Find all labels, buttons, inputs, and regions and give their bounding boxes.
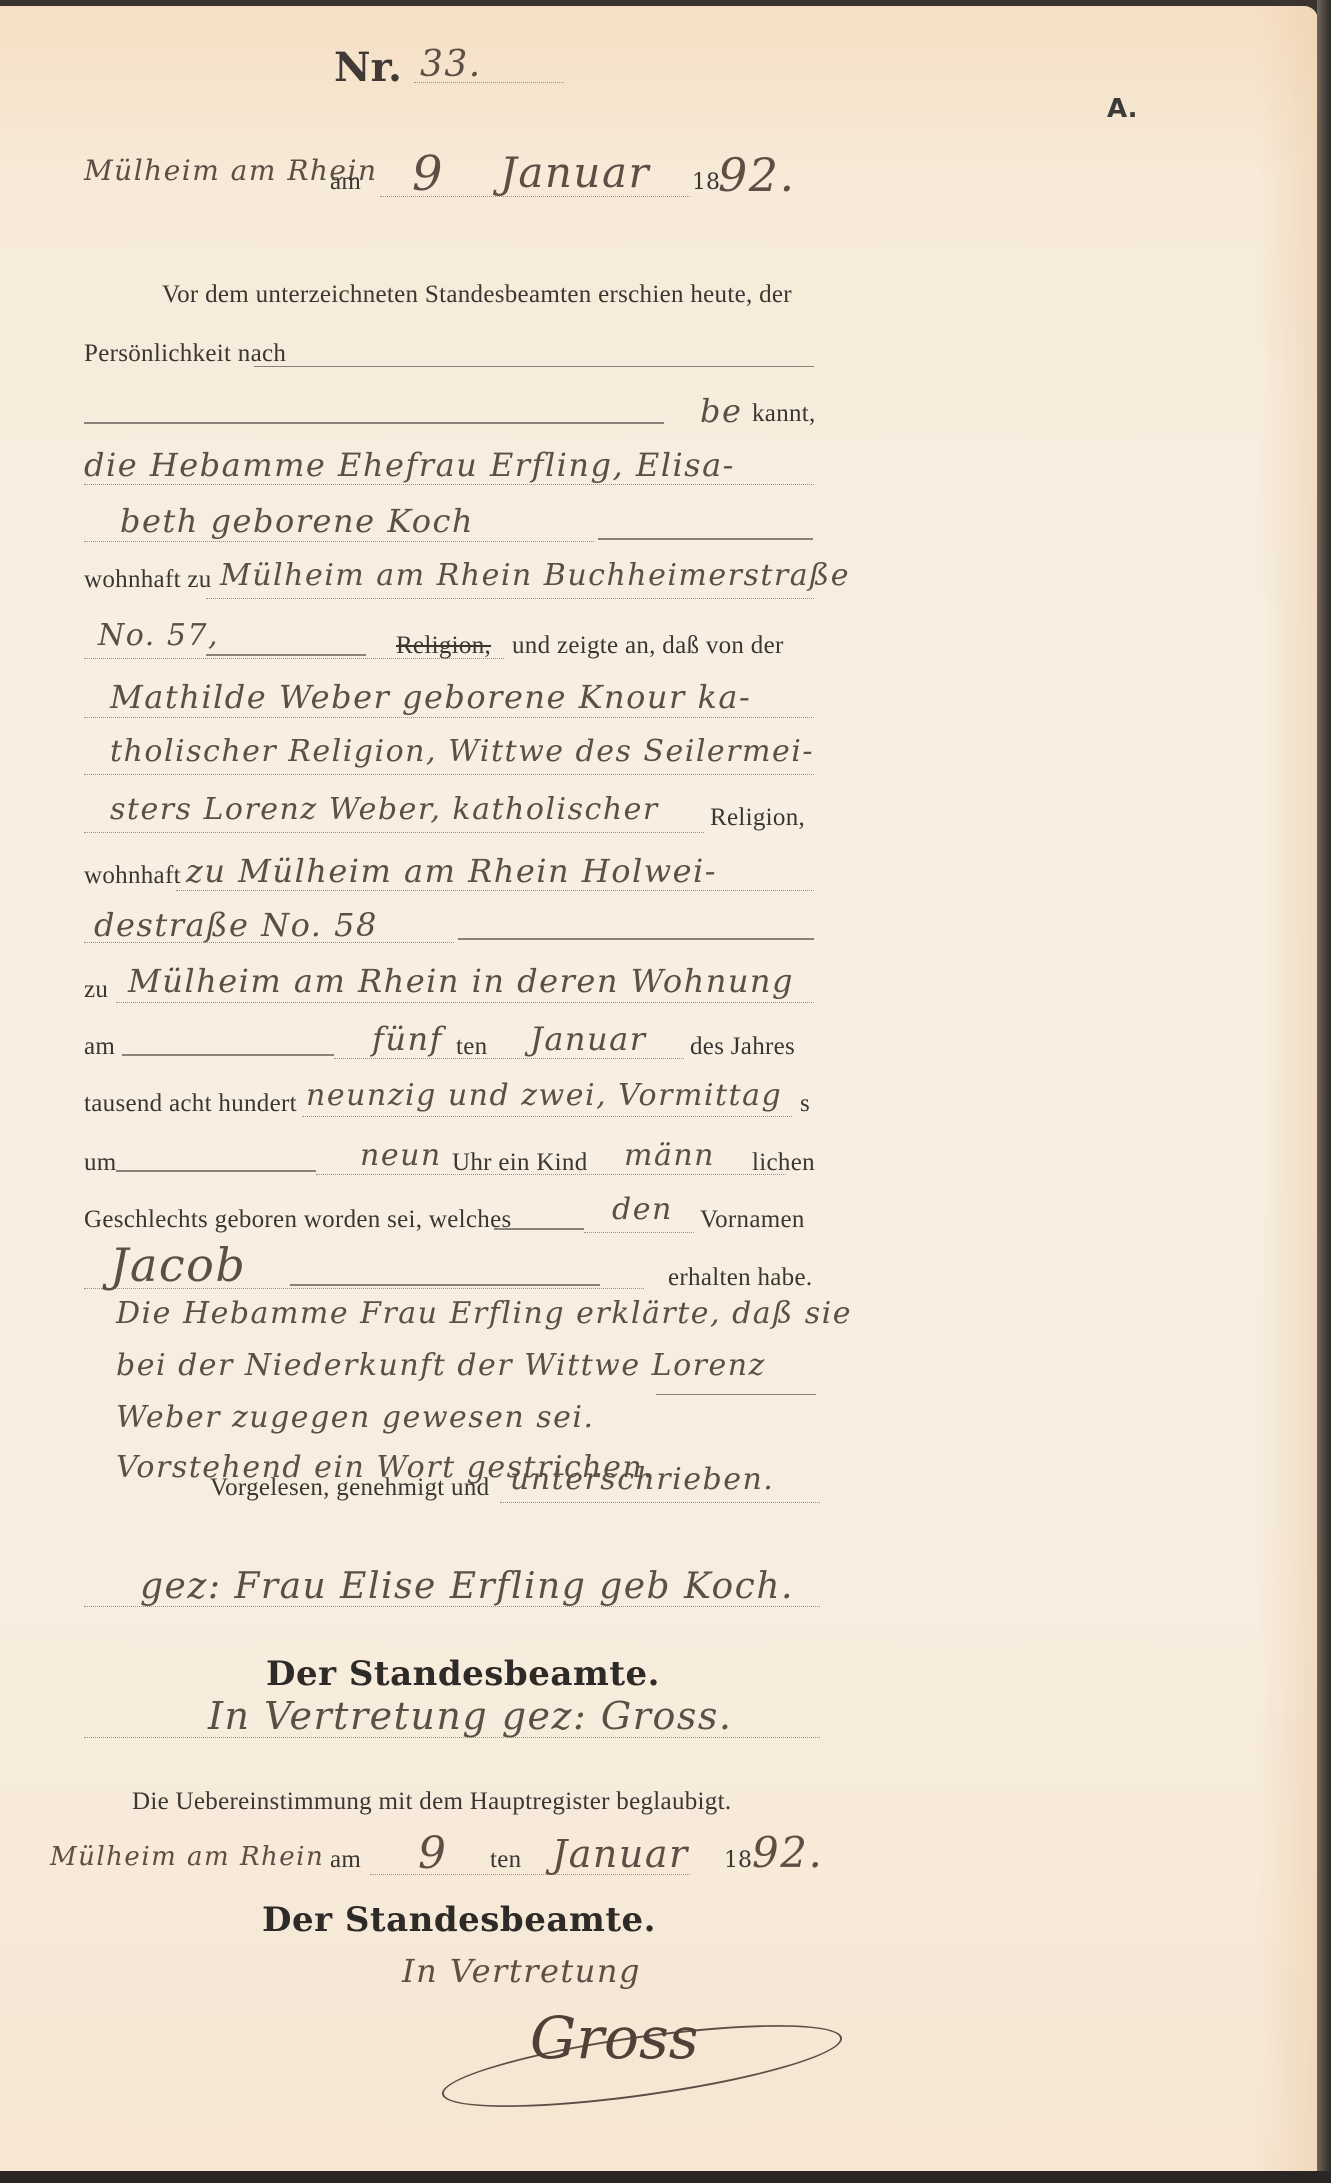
record-number-value: 33.: [420, 44, 482, 85]
dotted-line: [302, 1116, 792, 1117]
dotted-line: [584, 1232, 694, 1233]
uhr-kind-label: Uhr ein Kind: [452, 1149, 588, 1177]
dotted-line: [176, 890, 814, 891]
wohnhaft-label-2: wohnhaft: [84, 862, 181, 890]
s-label: s: [800, 1090, 810, 1118]
geschlechts-label: Geschlechts geboren worden sei, welches: [84, 1206, 512, 1234]
fill-line: [122, 1054, 334, 1056]
des-jahres-label: des Jahres: [690, 1033, 795, 1061]
cert-year-prefix: 18: [724, 1848, 752, 1873]
fill-line: [290, 1284, 600, 1286]
fill-line: [116, 1170, 316, 1172]
birth-day-handwritten: fünf: [372, 1020, 443, 1058]
note-line-3: Weber zugegen gewesen sei.: [116, 1400, 595, 1435]
day-handwritten: 9: [412, 146, 444, 202]
fill-line: [494, 1228, 584, 1230]
note-line-2: bei der Niederkunft der Wittwe Lorenz: [116, 1348, 766, 1383]
der-handwritten: den: [612, 1192, 673, 1227]
zeigte-an-label: und zeigte an, daß von der: [512, 632, 784, 660]
book-binding-edge: [1317, 0, 1331, 2183]
am-label-2: am: [84, 1033, 115, 1061]
religion-struck-label: Religion,: [396, 632, 491, 660]
ten-label: ten: [456, 1033, 487, 1061]
certification-line: Die Uebereinstimmung mit dem Hauptregist…: [132, 1788, 731, 1816]
fill-line: [458, 938, 814, 940]
record-number-label: Nr.: [334, 44, 402, 91]
intro-line: Vor dem unterzeichneten Standesbeamten e…: [162, 281, 792, 309]
religion-label: Religion,: [710, 804, 805, 832]
am-label: am: [330, 168, 361, 196]
informant-signature: gez: Frau Elise Erfling geb Koch.: [140, 1566, 794, 1607]
number-dotted-line: [414, 82, 564, 83]
lichen-label: lichen: [752, 1149, 815, 1177]
dotted-line: [116, 1002, 814, 1003]
dotted-line: [334, 1058, 684, 1059]
cert-am-label: am: [330, 1846, 361, 1874]
tausend-label: tausend acht hundert: [84, 1090, 297, 1118]
bekannt-handwritten: be: [700, 392, 742, 430]
final-signature: Gross: [530, 2004, 699, 2072]
note-line-1: Die Hebamme Frau Erfling erklärte, daß s…: [116, 1296, 852, 1331]
dotted-line: [84, 832, 704, 833]
cert-place-handwritten: Mülheim am Rhein: [50, 1842, 324, 1872]
month-handwritten: Januar: [500, 148, 650, 197]
unterschrieben-handwritten: unterschrieben.: [510, 1462, 774, 1497]
dotted-line: [84, 717, 814, 718]
page-bottom-edge: [0, 2171, 1331, 2183]
fill-line: [656, 1394, 816, 1395]
cert-ten-label: ten: [490, 1846, 521, 1874]
register-page: Nr. 33. A. Mülheim am Rhein am 9 Januar …: [0, 6, 1318, 2171]
dotted-line: [500, 1502, 820, 1503]
informant-line-2: beth geborene Koch: [120, 502, 474, 540]
informant-address-line-2: No. 57,: [98, 618, 219, 653]
informant-line-1: die Hebamme Ehefrau Erfling, Elisa-: [84, 446, 735, 484]
fill-line: [254, 366, 814, 367]
dotted-line: [84, 541, 594, 542]
mother-address-line-1: zu Mülheim am Rhein Holwei-: [186, 852, 717, 890]
vorgelesen-label: Vorgelesen, genehmigt und: [210, 1474, 489, 1502]
fill-line: [598, 538, 813, 540]
dotted-line: [84, 484, 814, 485]
official-signature-line: In Vertretung gez: Gross.: [208, 1694, 732, 1738]
wohnhaft-label: wohnhaft zu: [84, 566, 212, 594]
child-sex-handwritten: männ: [624, 1138, 715, 1173]
zu-label: zu: [84, 976, 108, 1004]
birth-year-words-handwritten: neunzig und zwei, Vormittag: [306, 1078, 782, 1113]
vornamen-label: Vornamen: [700, 1206, 805, 1234]
year-prefix: 18: [692, 170, 720, 195]
informant-address-line-1: Mülheim am Rhein Buchheimerstraße: [220, 558, 850, 593]
cert-year-suffix-handwritten: 92.: [752, 1828, 823, 1877]
corner-marker: A.: [1107, 94, 1137, 124]
standesbeamte-heading: Der Standesbeamte.: [266, 1654, 660, 1694]
year-suffix-handwritten: 92.: [718, 148, 796, 202]
cert-month-handwritten: Januar: [552, 1832, 689, 1876]
birth-place-handwritten: Mülheim am Rhein in deren Wohnung: [128, 962, 794, 1000]
standesbeamte-heading-2: Der Standesbeamte.: [262, 1900, 656, 1940]
um-label: um: [84, 1149, 117, 1177]
mother-address-line-2: destraße No. 58: [94, 906, 378, 944]
mother-line-1: Mathilde Weber geborene Knour ka-: [110, 678, 751, 716]
bekannt-label: kannt,: [752, 400, 816, 428]
child-name-handwritten: Jacob: [110, 1238, 246, 1292]
fill-line: [84, 422, 664, 424]
dotted-line: [206, 598, 814, 599]
erhalten-label: erhalten habe.: [668, 1264, 812, 1292]
vertretung-handwritten: In Vertretung: [402, 1952, 641, 1990]
persoenlichkeit-label: Persönlichkeit nach: [84, 340, 286, 368]
mother-line-3: sters Lorenz Weber, katholischer: [110, 792, 659, 827]
dotted-line: [84, 774, 814, 775]
fill-line: [206, 654, 366, 656]
mother-line-2: tholischer Religion, Wittwe des Seilerme…: [110, 734, 814, 769]
cert-day-handwritten: 9: [418, 1828, 448, 1879]
birth-month-handwritten: Januar: [530, 1020, 647, 1058]
birth-hour-handwritten: neun: [360, 1138, 442, 1173]
